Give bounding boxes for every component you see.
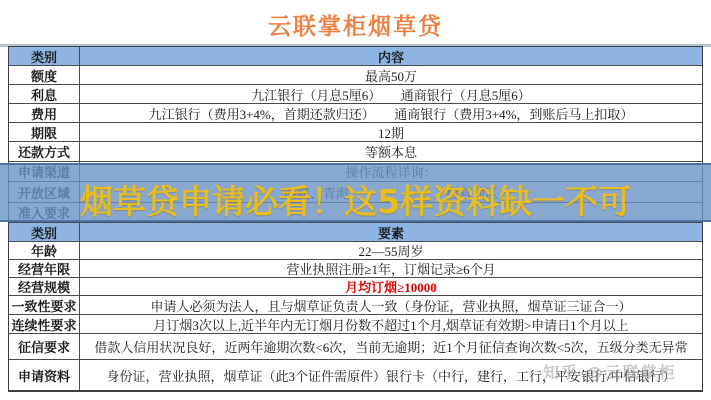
row-content: 九江银行（费用3+4%，首期还款归还） 通商银行（费用3+4%，到账后马上扣取） [80,104,702,122]
row-label: 额度 [9,66,80,84]
table-row: 经营年限营业执照注册≥1年，订烟记录≥6个月 [9,260,702,278]
table-row: 费用九江银行（费用3+4%，首期还款归还） 通商银行（费用3+4%，到账后马上扣… [9,104,702,123]
row-label: 连续性要求 [9,315,80,333]
row-content: 月订烟3次以上,近半年内无订烟月份数不超过1个月,烟草证有效期>申请日1个月以上 [80,315,702,333]
row-label: 经营规模 [9,278,80,295]
row-content: 等额本息 [80,142,702,161]
row-content: 借款人信用状况良好，近两年逾期次数<6次，当前无逾期；近1个月征信查询次数<5次… [80,334,702,359]
row-label: 类别 [9,47,80,65]
table-row: 一致性要求申请人必须为法人，且与烟草证负责人一致（身份证，营业执照，烟草证三证合… [9,296,702,315]
row-label: 一致性要求 [9,296,80,314]
row-label: 类别 [9,223,80,241]
promo-banner-text: 烟草贷申请必看！这5样资料缺一不可 [0,176,711,223]
table-row: 类别要素 [9,223,702,242]
table-row: 年龄22—55周岁 [9,242,702,260]
row-content: 九江银行（月息5厘6） 通商银行（月息5厘6） [80,85,702,103]
row-content: 申请人必须为法人，且与烟草证负责人一致（身份证，营业执照，烟草证三证合一） [80,296,702,314]
row-content: 最高50万 [80,66,702,84]
row-label: 费用 [9,104,80,122]
row-content: 22—55周岁 [80,242,702,259]
table-row: 额度最高50万 [9,66,702,85]
row-content: 月均订烟≥10000 [80,278,702,295]
row-label: 利息 [9,85,80,103]
table-row: 还款方式等额本息 [9,142,702,162]
row-content: 内容 [80,47,702,65]
row-label: 征信要求 [9,334,80,359]
table-row: 利息九江银行（月息5厘6） 通商银行（月息5厘6） [9,85,702,104]
row-content: 12期 [80,123,702,141]
row-label: 还款方式 [9,142,80,161]
watermark: 知乎 @云联掌柜 [543,360,677,383]
table-row: 经营规模月均订烟≥10000 [9,278,702,296]
table-row: 征信要求借款人信用状况良好，近两年逾期次数<6次，当前无逾期；近1个月征信查询次… [9,334,702,360]
page-title: 云联掌柜烟草贷 [0,8,711,41]
row-label: 期限 [9,123,80,141]
row-label: 年龄 [9,242,80,259]
row-content: 营业执照注册≥1年，订烟记录≥6个月 [80,260,702,277]
table-row: 类别内容 [9,47,702,66]
table-row: 期限12期 [9,123,702,142]
row-content: 要素 [80,223,702,241]
row-label: 申请资料 [9,360,80,390]
table-row: 连续性要求月订烟3次以上,近半年内无订烟月份数不超过1个月,烟草证有效期>申请日… [9,315,702,334]
row-label: 经营年限 [9,260,80,277]
